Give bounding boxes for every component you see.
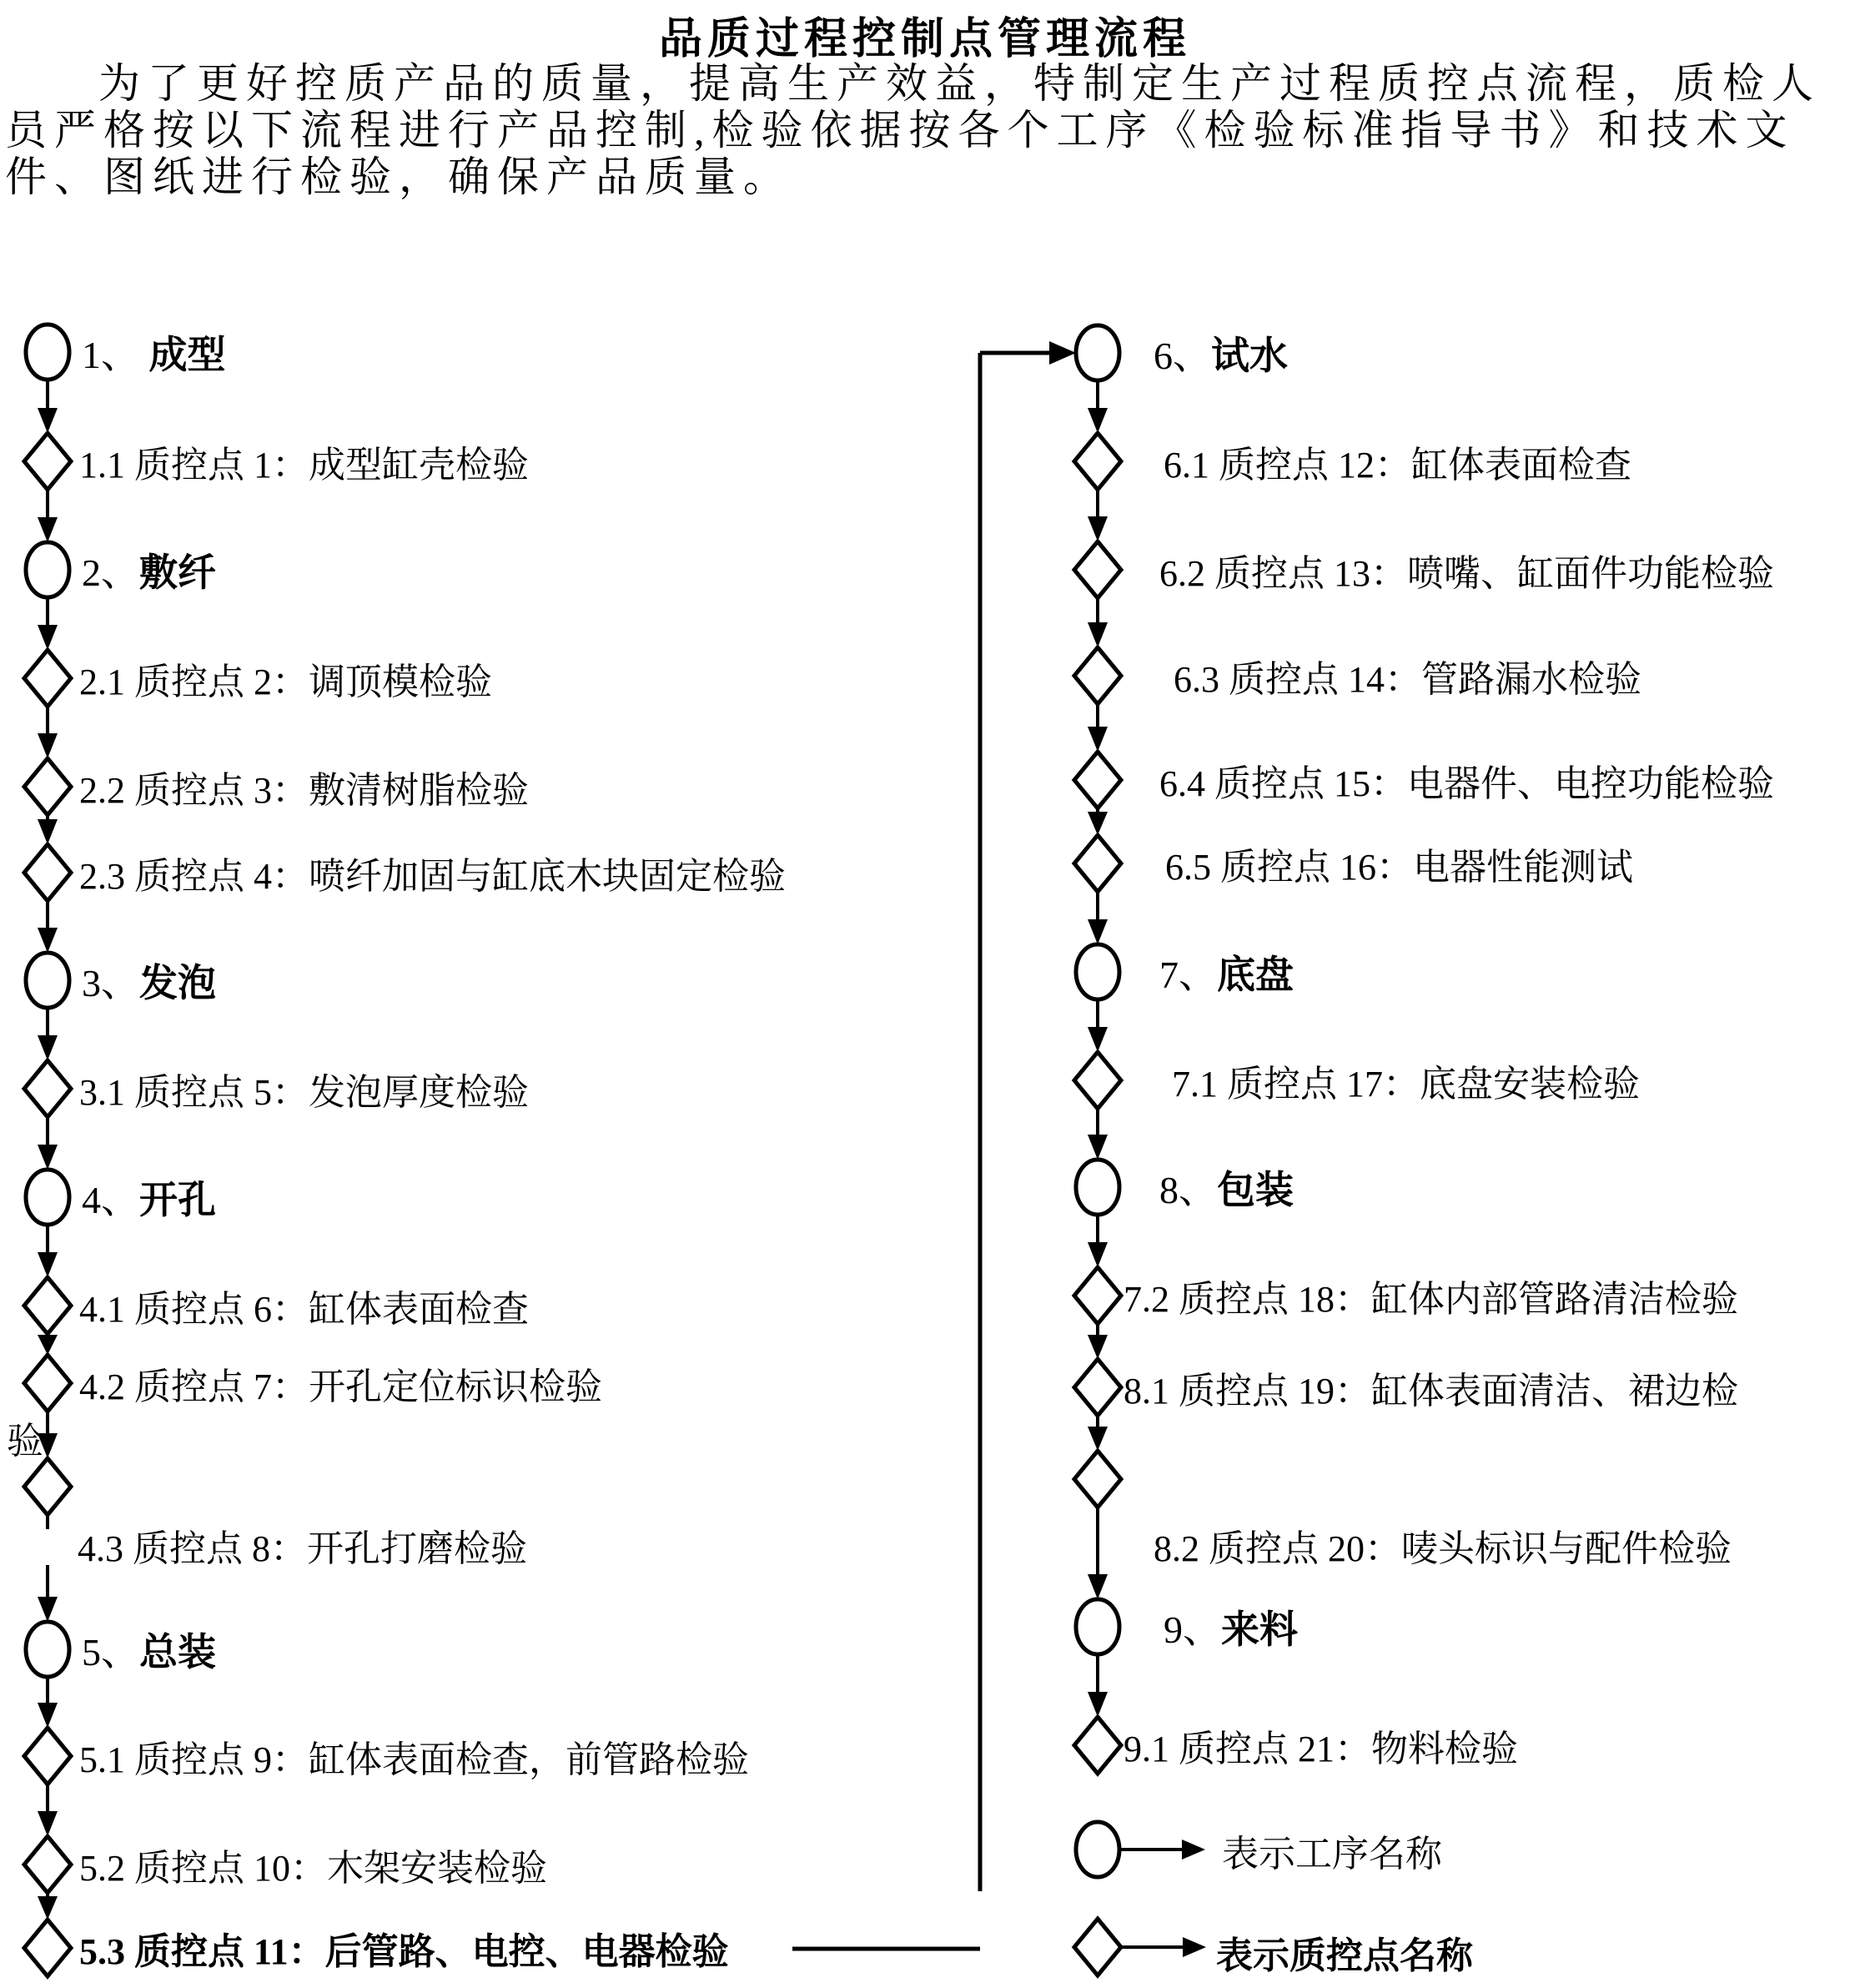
process-label-9: 9、来料 bbox=[1164, 1599, 1298, 1654]
qc-diamond-8-2 bbox=[1074, 1451, 1121, 1507]
qc-label-6-2: 6.2 质控点 13：喷嘴、缸面件功能检验 bbox=[1159, 543, 1774, 596]
process-circle-9 bbox=[1076, 1599, 1119, 1654]
process-number: 9、 bbox=[1164, 1608, 1221, 1651]
qc-diamond-6-2 bbox=[1074, 541, 1121, 598]
qc-label-2-1: 2.1 质控点 2：调顶模检验 bbox=[79, 652, 492, 705]
qc-label-6-1: 6.1 质控点 12：缸体表面检查 bbox=[1164, 435, 1631, 488]
qc-label-2-2: 2.2 质控点 3：敷清树脂检验 bbox=[79, 760, 529, 813]
qc-diamond-6-3 bbox=[1074, 647, 1121, 704]
process-circle-2 bbox=[26, 542, 69, 597]
qc-diamond-5-3 bbox=[24, 1920, 71, 1976]
qc-label-4-2: 4.2 质控点 7：开孔定位标识检验 bbox=[79, 1356, 602, 1410]
qc-label-7-1: 7.1 质控点 17：底盘安装检验 bbox=[1172, 1054, 1640, 1107]
process-number: 1、 bbox=[82, 334, 149, 376]
process-number: 4、 bbox=[82, 1179, 139, 1221]
legend-diamond bbox=[1074, 1919, 1121, 1975]
qc-diamond-3-1 bbox=[24, 1060, 71, 1117]
process-circle-7 bbox=[1076, 944, 1119, 999]
qc-diamond-4-2 bbox=[24, 1355, 71, 1412]
process-name: 底盘 bbox=[1217, 954, 1294, 996]
process-name: 成型 bbox=[149, 334, 226, 376]
process-circle-3 bbox=[26, 953, 69, 1008]
process-label-5: 5、总装 bbox=[82, 1622, 216, 1677]
process-name: 发泡 bbox=[139, 962, 216, 1004]
process-label-6: 6、试水 bbox=[1154, 325, 1288, 380]
process-name: 敷纤 bbox=[139, 551, 216, 594]
process-number: 2、 bbox=[82, 551, 139, 594]
qc-diamond-6-5 bbox=[1074, 835, 1121, 892]
left-flow-arrows bbox=[38, 380, 58, 1920]
qc-diamond-6-1 bbox=[1074, 433, 1121, 490]
qc-label-7-2: 7.2 质控点 18：缸体内部管路清洁检验 bbox=[1124, 1269, 1738, 1322]
qc-diamond-2-3 bbox=[24, 844, 71, 901]
qc-diamond-5-2 bbox=[24, 1836, 71, 1893]
qc-label-8-2: 8.2 质控点 20：唛头标识与配件检验 bbox=[1154, 1518, 1732, 1572]
qc-label-5-3: 5.3 质控点 11：后管路、电控、电器检验 bbox=[79, 1921, 729, 1975]
wrapped-overflow-char: 验 bbox=[7, 1411, 43, 1464]
qc-label-4-1: 4.1 质控点 6：缸体表面检查 bbox=[79, 1279, 529, 1332]
process-name: 包装 bbox=[1217, 1169, 1294, 1211]
process-circle-1 bbox=[26, 325, 69, 380]
process-label-4: 4、开孔 bbox=[82, 1170, 216, 1225]
process-label-3: 3、发泡 bbox=[82, 953, 216, 1008]
qc-label-9-1: 9.1 质控点 21：物料检验 bbox=[1124, 1719, 1518, 1772]
qc-label-6-4: 6.4 质控点 15：电器件、电控功能检验 bbox=[1159, 753, 1774, 807]
process-circle-6 bbox=[1076, 325, 1119, 380]
process-name: 试水 bbox=[1211, 335, 1288, 377]
legend-diamond-arrow bbox=[1183, 1937, 1206, 1957]
process-number: 6、 bbox=[1154, 335, 1211, 377]
legend-label-process: 表示工序名称 bbox=[1222, 1824, 1442, 1877]
process-name: 总装 bbox=[139, 1631, 216, 1673]
qc-diamond-4-3 bbox=[24, 1458, 71, 1515]
process-circle-5 bbox=[26, 1622, 69, 1677]
legend-circle-arrow bbox=[1182, 1840, 1205, 1860]
process-number: 8、 bbox=[1159, 1169, 1217, 1211]
process-circle-8 bbox=[1076, 1160, 1119, 1215]
flowchart-graphics bbox=[0, 0, 1850, 1988]
qc-diamond-6-4 bbox=[1074, 752, 1121, 808]
qc-diamond-7-1 bbox=[1074, 1052, 1121, 1109]
legend-graphics bbox=[1074, 1822, 1206, 1975]
qc-diamond-7-2 bbox=[1074, 1267, 1121, 1324]
process-label-2: 2、敷纤 bbox=[82, 542, 216, 597]
qc-diamond-2-2 bbox=[24, 758, 71, 815]
process-number: 3、 bbox=[82, 962, 139, 1004]
qc-label-4-3: 4.3 质控点 8：开孔打磨检验 bbox=[78, 1518, 527, 1572]
qc-diamond-1-1 bbox=[24, 433, 71, 490]
qc-label-6-3: 6.3 质控点 14：管路漏水检验 bbox=[1174, 649, 1641, 702]
process-number: 7、 bbox=[1159, 954, 1217, 996]
qc-diamond-9-1 bbox=[1074, 1717, 1121, 1774]
process-number: 5、 bbox=[82, 1631, 139, 1673]
qc-label-2-3: 2.3 质控点 4：喷纤加固与缸底木块固定检验 bbox=[79, 846, 786, 899]
legend-circle bbox=[1076, 1822, 1119, 1877]
legend-label-qc: 表示质控点名称 bbox=[1216, 1925, 1473, 1979]
qc-label-8-1: 8.1 质控点 19：缸体表面清洁、裙边检 bbox=[1124, 1361, 1738, 1414]
process-label-1: 1、 成型 bbox=[82, 325, 226, 380]
qc-label-5-1: 5.1 质控点 9：缸体表面检查，前管路检验 bbox=[79, 1729, 749, 1783]
qc-diamond-4-1 bbox=[24, 1277, 71, 1334]
return-connector bbox=[792, 341, 1076, 1949]
qc-label-1-1: 1.1 质控点 1：成型缸壳检验 bbox=[79, 435, 529, 488]
process-name: 来料 bbox=[1221, 1608, 1298, 1651]
flowchart-document: 品质过程控制点管理流程 为了更好控质产品的质量，提高生产效益，特制定生产过程质控… bbox=[0, 0, 1850, 1988]
qc-diamond-2-1 bbox=[24, 650, 71, 707]
process-name: 开孔 bbox=[139, 1179, 216, 1221]
arrow-into-process-6 bbox=[1049, 341, 1076, 365]
qc-diamond-8-1 bbox=[1074, 1359, 1121, 1416]
qc-label-6-5: 6.5 质控点 16：电器性能测试 bbox=[1165, 837, 1633, 890]
process-label-7: 7、底盘 bbox=[1159, 944, 1294, 999]
qc-label-5-2: 5.2 质控点 10：木架安装检验 bbox=[79, 1838, 547, 1891]
process-circle-4 bbox=[26, 1170, 69, 1225]
process-label-8: 8、包装 bbox=[1159, 1160, 1294, 1215]
qc-label-3-1: 3.1 质控点 5：发泡厚度检验 bbox=[79, 1062, 529, 1115]
qc-diamond-5-1 bbox=[24, 1728, 71, 1784]
